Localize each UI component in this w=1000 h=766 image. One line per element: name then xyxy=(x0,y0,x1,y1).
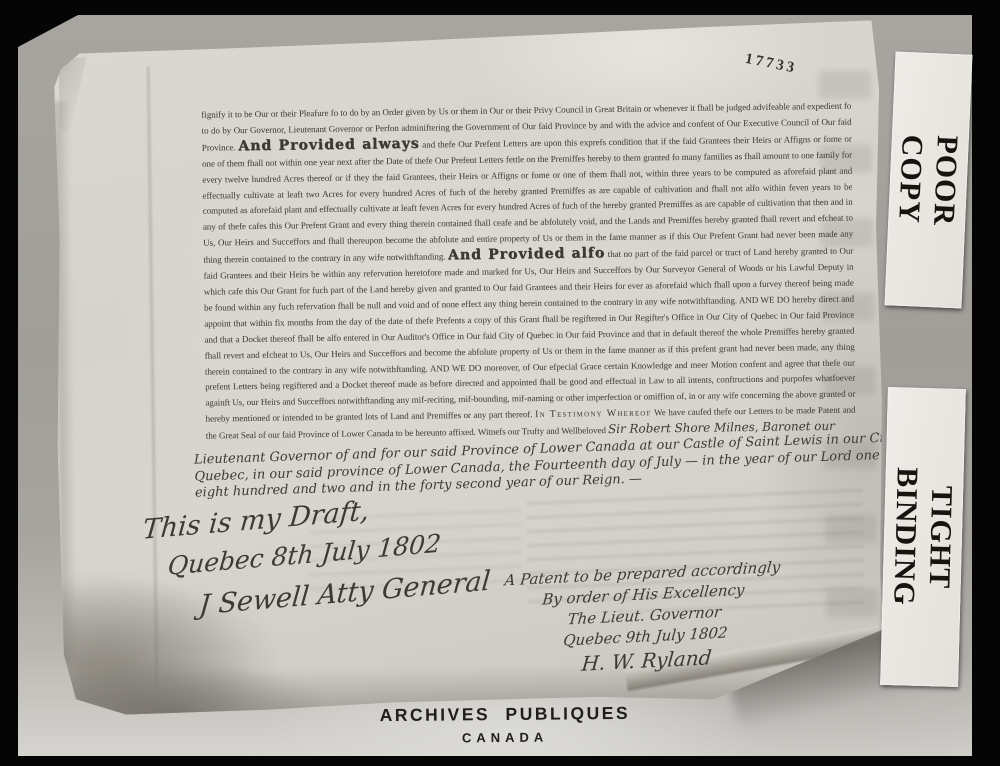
label-line: POOR xyxy=(927,135,966,227)
body-segment: that no part of the faid parcel or tract… xyxy=(204,246,856,424)
tight-binding-label-text: TIGHT BINDING xyxy=(880,387,966,687)
tight-binding-label: TIGHT BINDING xyxy=(880,387,966,687)
provided-always-heading: And Provided always xyxy=(238,135,419,154)
catalog-number: 17733 xyxy=(744,51,799,78)
in-testimony-whereof: In Testimony Whereof xyxy=(535,408,652,421)
paper-fold-crease xyxy=(59,57,88,135)
label-line: TIGHT xyxy=(922,485,960,589)
letters-patent-text: fignify it to be Our or their Pleafure f… xyxy=(189,99,856,445)
parchment-document: 17733 fignify it to be Our or their Plea… xyxy=(50,20,888,723)
photo-frame: ARCHIVES PUBLIQUES CANADA 17733 fignify … xyxy=(0,0,1000,766)
document-text: fignify it to be Our or their Pleafure f… xyxy=(189,99,856,497)
archives-stamp-line2: CANADA xyxy=(335,729,675,747)
patent-order-annotation: A Patent to be prepared accordingly By o… xyxy=(474,555,815,679)
poor-copy-label: POOR COPY xyxy=(884,51,972,308)
label-line: COPY xyxy=(892,134,931,224)
archives-stamp-line1: ARCHIVES PUBLIQUES xyxy=(335,703,675,727)
poor-copy-label-text: POOR COPY xyxy=(884,51,972,308)
draft-annotation: This is my Draft, Quebec 8th July 1802 J… xyxy=(142,486,492,625)
frame-corner-notch xyxy=(18,15,78,47)
label-line: BINDING xyxy=(886,467,925,607)
archives-stamp: ARCHIVES PUBLIQUES CANADA xyxy=(335,703,675,747)
provided-also-heading: And Provided alfo xyxy=(448,245,605,263)
